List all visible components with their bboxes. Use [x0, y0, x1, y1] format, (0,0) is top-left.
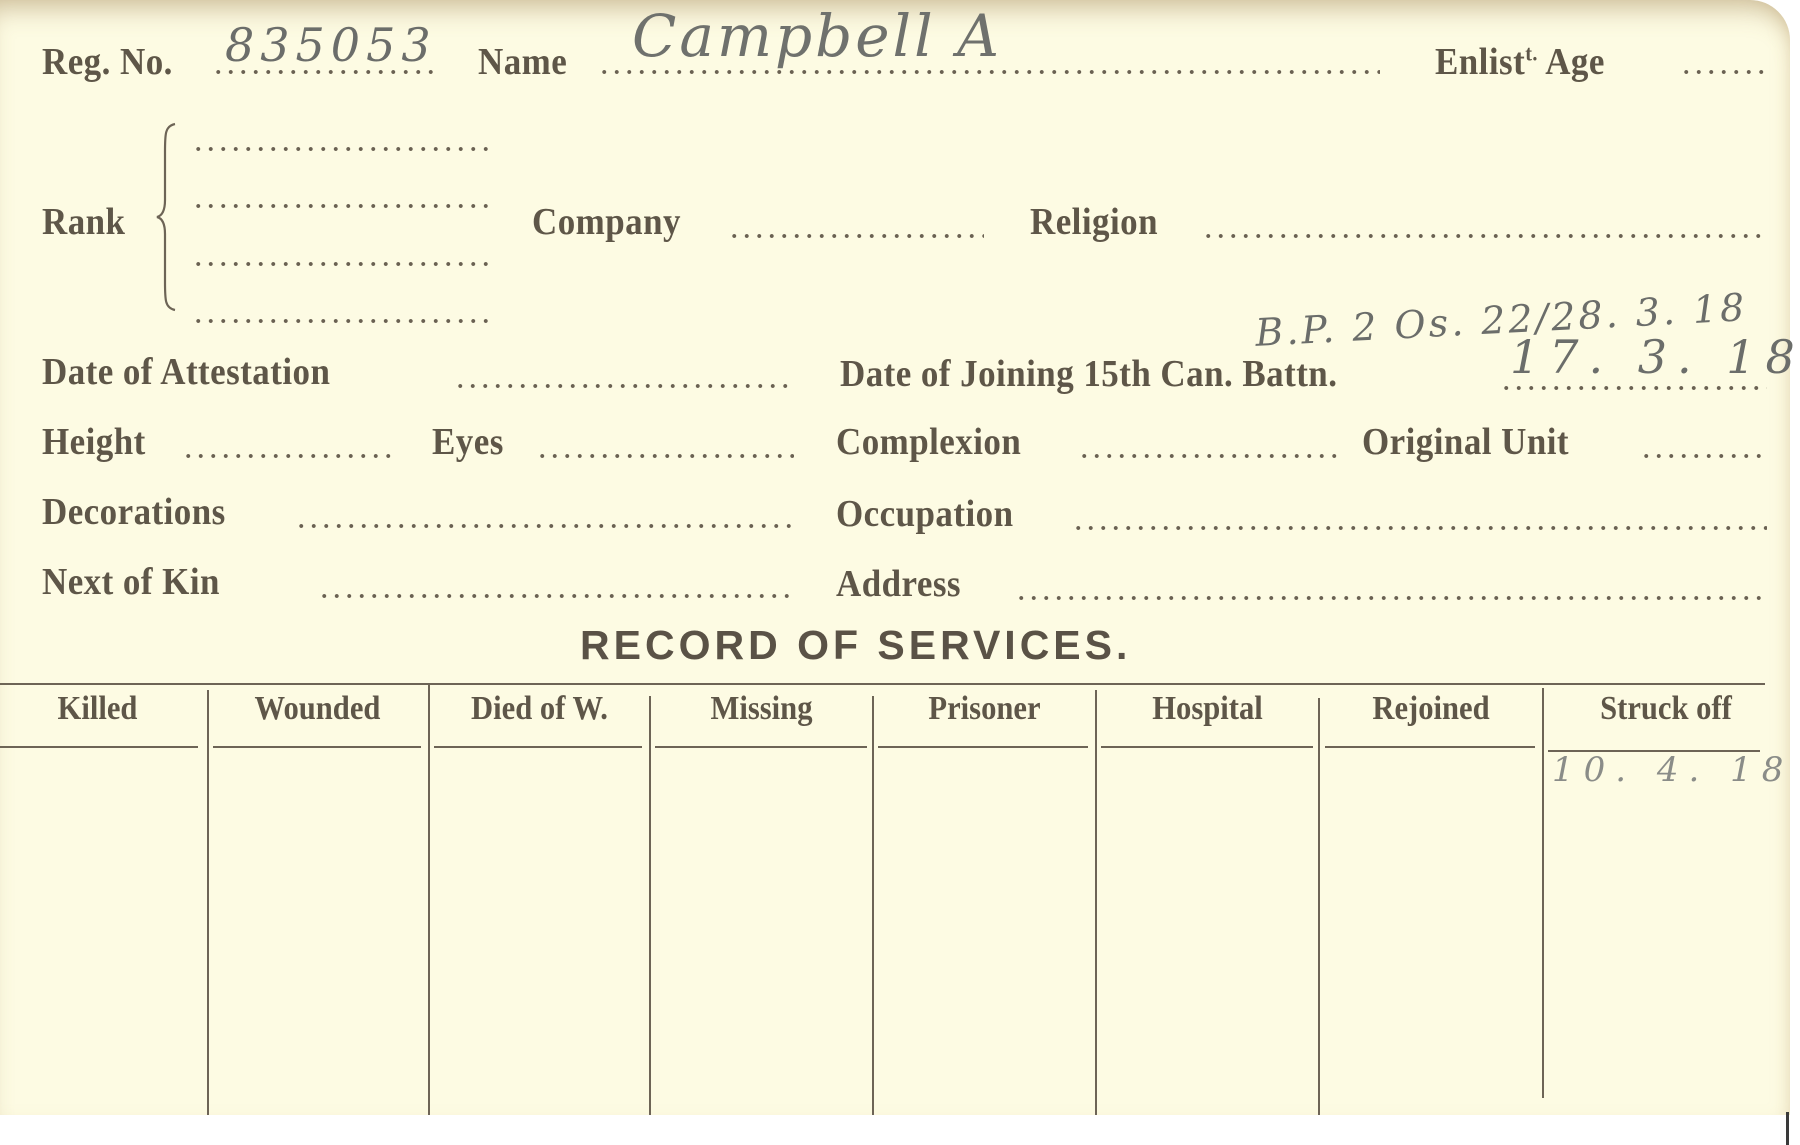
column-divider — [649, 696, 651, 1115]
enlist-label-text: Enlist — [1435, 41, 1525, 83]
header-underline — [434, 746, 642, 748]
cell-struck-off[interactable]: 10. 4. 18 — [1552, 750, 1793, 790]
height-label: Height — [42, 420, 146, 464]
enlistment-age-label: Enlistt. Age — [1435, 40, 1605, 84]
column-header-wounded: Wounded — [221, 690, 415, 728]
rank-brace-icon — [155, 122, 179, 312]
service-record-card: Reg. No. 835053 Name Campbell A Enlistt.… — [0, 0, 1790, 1115]
date-of-attestation-label: Date of Attestation — [42, 350, 330, 394]
column-divider — [872, 696, 874, 1115]
scan-edge-mark — [1786, 1112, 1789, 1145]
column-divider — [207, 690, 209, 1115]
company-dotted-line[interactable] — [728, 234, 984, 238]
header-underline — [655, 746, 867, 748]
religion-dotted-line[interactable] — [1202, 234, 1767, 238]
date-of-joining-label: Date of Joining 15th Can. Battn. — [840, 352, 1337, 396]
column-divider — [1095, 690, 1097, 1115]
decorations-label: Decorations — [42, 490, 226, 534]
eyes-label: Eyes — [432, 420, 504, 464]
occupation-label: Occupation — [836, 492, 1013, 536]
column-divider — [1318, 698, 1320, 1115]
age-label-text: Age — [1538, 41, 1605, 83]
joining-date-value[interactable]: 17. 3. 18 — [1510, 330, 1800, 384]
decorations-dotted-line[interactable] — [295, 524, 794, 528]
column-header-struck-off: Struck off — [1558, 690, 1774, 728]
address-label: Address — [836, 562, 961, 606]
header-underline — [878, 746, 1088, 748]
enlist-superscript: t. — [1525, 40, 1538, 65]
column-header-killed: Killed — [10, 690, 186, 728]
column-header-died-of-wounds: Died of W. — [443, 690, 637, 728]
next-of-kin-dotted-line[interactable] — [318, 594, 794, 598]
name-dotted-line — [598, 70, 1380, 74]
eyes-dotted-line[interactable] — [536, 454, 794, 458]
enlistment-age-dotted-line — [1680, 70, 1765, 74]
religion-label: Religion — [1030, 200, 1158, 244]
height-dotted-line[interactable] — [182, 454, 395, 458]
column-header-prisoner: Prisoner — [887, 690, 1082, 728]
header-underline — [1101, 746, 1313, 748]
table-top-rule — [0, 683, 1765, 685]
joining-dotted-line[interactable] — [1500, 386, 1767, 390]
rank-line-1[interactable] — [192, 147, 488, 151]
original-unit-label: Original Unit — [1362, 420, 1569, 464]
attestation-dotted-line[interactable] — [454, 384, 794, 388]
rank-label: Rank — [42, 200, 125, 244]
address-dotted-line[interactable] — [1015, 596, 1767, 600]
column-header-hospital: Hospital — [1110, 690, 1305, 728]
record-of-services-title: RECORD OF SERVICES. — [580, 622, 1131, 669]
header-underline — [213, 746, 421, 748]
column-header-missing: Missing — [664, 690, 859, 728]
header-underline — [0, 746, 198, 748]
rank-line-4[interactable] — [192, 319, 488, 323]
header-underline — [1325, 746, 1535, 748]
name-label: Name — [478, 40, 567, 84]
next-of-kin-label: Next of Kin — [42, 560, 220, 604]
column-divider — [428, 684, 430, 1115]
rank-line-2[interactable] — [192, 204, 488, 208]
reg-no-value[interactable]: 835053 — [225, 18, 437, 72]
reg-no-label: Reg. No. — [42, 40, 173, 84]
column-header-rejoined: Rejoined — [1333, 690, 1529, 728]
name-value[interactable]: Campbell A — [632, 2, 1002, 70]
column-divider — [1542, 688, 1544, 1098]
occupation-dotted-line[interactable] — [1072, 526, 1767, 530]
rank-line-3[interactable] — [192, 262, 488, 266]
original-unit-dotted-line[interactable] — [1640, 454, 1767, 458]
company-label: Company — [532, 200, 681, 244]
complexion-dotted-line[interactable] — [1078, 454, 1340, 458]
complexion-label: Complexion — [836, 420, 1021, 464]
